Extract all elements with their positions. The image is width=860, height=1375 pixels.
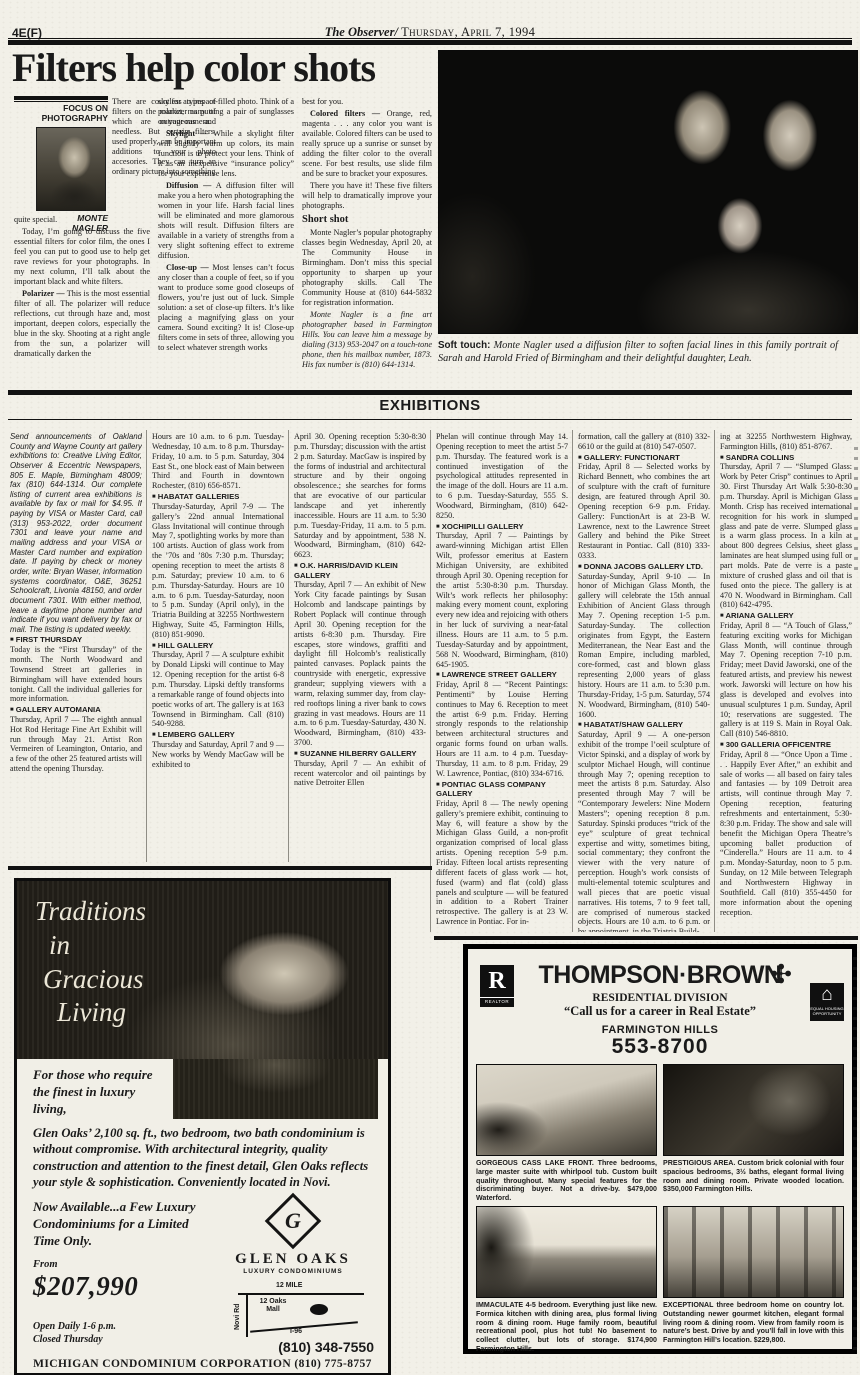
map-mall-label: 12 Oaks Mall bbox=[252, 1298, 294, 1313]
masthead-date: Thursday, April 7, 1994 bbox=[401, 25, 535, 39]
bullet-icon: ■ bbox=[294, 563, 298, 569]
condominium-illustration: Traditions in Gracious Living bbox=[17, 881, 388, 1059]
bullet-icon: ■ bbox=[294, 751, 298, 757]
paragraph: Thursday, April 7 — An exhibit of New Yo… bbox=[294, 580, 426, 748]
thompson-brown-logo-icon: ✣ bbox=[770, 961, 792, 987]
newspaper-page: 4E(F) The Observer/ Thursday, April 7, 1… bbox=[0, 0, 860, 1375]
bullet-icon: ■ bbox=[152, 494, 156, 500]
article-column-1: quite special.Today, I’m going to discus… bbox=[14, 215, 150, 391]
advertiser-name: THOMPSON·BROWN bbox=[520, 961, 800, 990]
paragraph: Skylight — While a skylight filter will … bbox=[158, 129, 294, 179]
column-divider bbox=[714, 430, 715, 932]
condominium-illustration-extension bbox=[173, 1059, 378, 1119]
division-line: RESIDENTIAL DIVISION bbox=[468, 992, 852, 1004]
section-thin-rule bbox=[8, 419, 852, 420]
map-road-label: 12 MILE bbox=[276, 1282, 302, 1289]
paragraph: Thursday, April 7 — The eighth annual Ho… bbox=[10, 715, 142, 774]
ad-title-line: in bbox=[49, 929, 146, 963]
paragraph: There you have it! These five filters wi… bbox=[302, 181, 432, 211]
listing-caption: PRESTIGIOUS AREA. Custom brick colonial … bbox=[663, 1159, 844, 1203]
columnist-box-rule-thin bbox=[14, 101, 108, 102]
column-divider bbox=[572, 430, 573, 932]
paragraph: Saturday-Sunday, April 9-10 — In honor o… bbox=[578, 572, 710, 720]
paragraph: Today, I’m going to discuss the five ess… bbox=[14, 227, 150, 287]
page-edge-marks bbox=[853, 950, 857, 1350]
exhibitions-column-4: Phelan will continue through May 14. Ope… bbox=[436, 432, 568, 932]
office-phone: 553-8700 bbox=[468, 1036, 852, 1058]
equal-housing-icon: ⌂ EQUAL HOUSING OPPORTUNITY bbox=[810, 983, 844, 1021]
map-road-line bbox=[250, 1321, 358, 1332]
exhibition-heading: ■ HABATAT GALLERIES bbox=[152, 492, 284, 502]
map-road-line bbox=[238, 1293, 364, 1295]
article-subhead: Short shot bbox=[302, 214, 432, 227]
logo-monogram: G bbox=[276, 1204, 310, 1238]
section-title: EXHIBITIONS bbox=[0, 397, 860, 414]
listings-grid: GORGEOUS CASS LAKE FRONT. Three bedrooms… bbox=[476, 1064, 844, 1354]
photo-caption-text: Monte Nagler used a diffusion filter to … bbox=[438, 340, 838, 364]
recruiting-tagline: “Call us for a career in Real Estate” bbox=[468, 1004, 852, 1019]
exhibition-heading: ■ PONTIAC GLASS COMPANY GALLERY bbox=[436, 780, 568, 799]
bullet-icon: ■ bbox=[152, 732, 156, 738]
paragraph: Thursday and Saturday, April 7 and 9 — N… bbox=[152, 740, 284, 770]
columnist-headshot-photo bbox=[36, 127, 106, 211]
price-value: $207,990 bbox=[33, 1271, 138, 1302]
paragraph-lead: Colored filters — bbox=[310, 109, 380, 118]
brand-name: GLEN OAKS bbox=[208, 1251, 378, 1268]
paragraph: Friday, April 8 — “Once Upon a Time . . … bbox=[720, 750, 852, 918]
paragraph: Friday, April 8 — The newly opening gall… bbox=[436, 799, 568, 927]
exhibitions-column-3: April 30. Opening reception 5:30-8:30 p.… bbox=[294, 432, 426, 862]
paragraph: best for you. bbox=[302, 97, 432, 107]
listing-photo bbox=[476, 1206, 657, 1298]
listing-caption: GORGEOUS CASS LAKE FRONT. Three bedrooms… bbox=[476, 1159, 657, 1203]
bullet-icon: ■ bbox=[436, 524, 440, 530]
bullet-icon: ■ bbox=[720, 455, 724, 461]
sales-phone: (810) 348-7550 bbox=[278, 1339, 374, 1355]
paragraph: Friday, April 8 — Selected works by Rich… bbox=[578, 462, 710, 561]
paragraph: Thursday, April 7 — Paintings by award-w… bbox=[436, 531, 568, 669]
photo-caption-lead: Soft touch: bbox=[438, 340, 490, 351]
photo-caption: Soft touch: Monte Nagler used a diffusio… bbox=[438, 340, 838, 366]
paragraph: Today is the “First Thursday” of the mon… bbox=[10, 645, 142, 704]
bullet-icon: ■ bbox=[10, 637, 14, 643]
paragraph: Hours are 10 a.m. to 6 p.m. Tuesday-Wedn… bbox=[152, 432, 284, 491]
ad-title-line: Gracious bbox=[43, 963, 146, 997]
exhibition-heading: ■ HILL GALLERY bbox=[152, 641, 284, 651]
kicker-line2: PHOTOGRAPHY bbox=[42, 113, 108, 123]
exhibition-heading: ■ SANDRA COLLINS bbox=[720, 453, 852, 463]
hours-line1: Open Daily 1-6 p.m. bbox=[33, 1321, 116, 1332]
exhibition-heading: ■ FIRST THURSDAY bbox=[10, 635, 142, 645]
italic-paragraph: Send announcements of Oakland County and… bbox=[10, 432, 142, 634]
ad-offer-text: Now Available...a Few Luxury Condominium… bbox=[33, 1199, 205, 1250]
paragraph: sky for an impact-filled photo. Think of… bbox=[158, 97, 294, 127]
exhibition-heading: ■ HABATAT/SHAW GALLERY bbox=[578, 720, 710, 730]
exhibition-heading: ■ DONNA JACOBS GALLERY LTD. bbox=[578, 562, 710, 572]
price-from-label: From bbox=[33, 1259, 58, 1270]
paragraph: Thursday, April 7 — A sculpture exhibit … bbox=[152, 650, 284, 729]
exhibition-heading: ■ XOCHIPILLI GALLERY bbox=[436, 522, 568, 532]
listing-photo bbox=[476, 1064, 657, 1156]
exhibitions-left-end-rule bbox=[8, 866, 432, 870]
exhibition-heading: ■ O.K. HARRIS/DAVID KLEIN GALLERY bbox=[294, 561, 426, 580]
exhibition-heading: ■ LAWRENCE STREET GALLERY bbox=[436, 670, 568, 680]
column-divider bbox=[430, 430, 431, 932]
bullet-icon: ■ bbox=[578, 564, 582, 570]
exhibition-heading: ■ ARIANA GALLERY bbox=[720, 611, 852, 621]
paragraph: Monte Nagler’s popular photography class… bbox=[302, 228, 432, 308]
map-site-marker bbox=[310, 1304, 328, 1315]
equal-housing-text: EQUAL HOUSING OPPORTUNITY bbox=[810, 1007, 844, 1017]
bullet-icon: ■ bbox=[436, 782, 440, 788]
paragraph: Diffusion — A diffusion filter will make… bbox=[158, 181, 294, 261]
glen-oaks-ad: Traditions in Gracious Living For those … bbox=[14, 878, 391, 1375]
ad-body-text: Glen Oaks’ 2,100 sq. ft., two bedroom, t… bbox=[33, 1125, 374, 1190]
map-road-label: Novi Rd bbox=[234, 1304, 241, 1330]
open-hours: Open Daily 1-6 p.m. Closed Thursday bbox=[33, 1321, 116, 1346]
paragraph: Thursday, April 7 — An exhibit of recent… bbox=[294, 759, 426, 789]
bullet-icon: ■ bbox=[720, 613, 724, 619]
map-road-label: I-96 bbox=[290, 1328, 302, 1335]
exhibition-heading: ■ GALLERY AUTOMANIA bbox=[10, 705, 142, 715]
bullet-icon: ■ bbox=[578, 455, 582, 461]
columnist-box: FOCUS ON PHOTOGRAPHY MONTE NAGLER bbox=[14, 96, 108, 233]
paragraph: Friday, April 8 — “Recent Paintings: Pen… bbox=[436, 680, 568, 779]
ad-title-line: Living bbox=[57, 996, 146, 1030]
brand-subtitle: LUXURY CONDOMINIUMS bbox=[208, 1268, 378, 1275]
exhibitions-column-1: Send announcements of Oakland County and… bbox=[10, 432, 142, 862]
map-road-line bbox=[246, 1293, 248, 1337]
glen-oaks-logo-icon: G bbox=[265, 1193, 322, 1250]
equal-housing-house-glyph: ⌂ bbox=[810, 983, 844, 1007]
listing-caption: EXCEPTIONAL three bedroom home on countr… bbox=[663, 1301, 844, 1354]
exhibitions-column-5: formation, call the gallery at (810) 332… bbox=[578, 432, 710, 932]
paragraph: quite special. bbox=[14, 215, 150, 225]
page-edge-marks bbox=[854, 440, 858, 570]
ad-title-line: Traditions bbox=[35, 895, 146, 929]
paragraph-lead: Skylight — bbox=[166, 129, 208, 138]
paragraph-lead: Polarizer — bbox=[22, 289, 65, 298]
article-column-3: best for you.Colored filters — Orange, r… bbox=[302, 97, 432, 393]
exhibition-heading: ■ LEMBERG GALLERY bbox=[152, 730, 284, 740]
exhibition-heading: ■ SUZANNE HILBERRY GALLERY bbox=[294, 749, 426, 759]
article-column-2: sky for an impact-filled photo. Think of… bbox=[158, 97, 294, 393]
listing-photo bbox=[663, 1206, 844, 1298]
paragraph: Close-up — Most lenses can’t focus any c… bbox=[158, 263, 294, 353]
realtor-r: R bbox=[480, 965, 514, 997]
listing-photo bbox=[663, 1064, 844, 1156]
column-divider bbox=[146, 430, 147, 862]
paragraph: formation, call the gallery at (810) 332… bbox=[578, 432, 710, 452]
realtor-logo: R REALTOR bbox=[480, 965, 514, 1007]
hours-line2: Closed Thursday bbox=[33, 1334, 103, 1345]
paragraph: Phelan will continue through May 14. Ope… bbox=[436, 432, 568, 521]
header-thin-rule bbox=[8, 38, 852, 39]
ad-display-title: Traditions in Gracious Living bbox=[35, 895, 146, 1030]
kicker-line1: FOCUS ON bbox=[63, 103, 108, 113]
thompson-brown-ad: R REALTOR ✣ ⌂ EQUAL HOUSING OPPORTUNITY … bbox=[463, 944, 857, 1354]
italic-paragraph: Monte Nagler is a fine art photographer … bbox=[302, 310, 432, 370]
paragraph: Thursday-Saturday, April 7-9 — The galle… bbox=[152, 502, 284, 640]
location-map: 12 MILE Novi Rd 12 Oaks Mall I-96 bbox=[218, 1280, 368, 1342]
article-headline: Filters help color shots bbox=[12, 44, 375, 91]
paragraph-lead: Close-up — bbox=[166, 263, 209, 272]
columnist-box-rule bbox=[14, 96, 108, 100]
exhibition-heading: ■ 300 GALLERIA OFFICENTRE bbox=[720, 740, 852, 750]
listing-caption: IMMACULATE 4-5 bedroom. Everything just … bbox=[476, 1301, 657, 1354]
paragraph: ing at 32255 Northwestern Highway, Farmi… bbox=[720, 432, 852, 452]
exhibitions-column-6: ing at 32255 Northwestern Highway, Farmi… bbox=[720, 432, 852, 932]
realtor-word: REALTOR bbox=[480, 997, 514, 1004]
paragraph: April 30. Opening reception 5:30-8:30 p.… bbox=[294, 432, 426, 560]
column-divider bbox=[288, 430, 289, 862]
ad-footer: MICHIGAN CONDOMINIUM CORPORATION (810) 7… bbox=[17, 1358, 388, 1370]
exhibitions-column-2: Hours are 10 a.m. to 6 p.m. Tuesday-Wedn… bbox=[152, 432, 284, 862]
paragraph: Friday, April 8 — “A Touch of Glass,” fe… bbox=[720, 621, 852, 739]
exhibitions-right-end-rule bbox=[434, 936, 858, 940]
bullet-icon: ■ bbox=[720, 742, 724, 748]
column-kicker: FOCUS ON PHOTOGRAPHY bbox=[14, 104, 108, 124]
family-portrait-photo bbox=[438, 50, 858, 334]
bullet-icon: ■ bbox=[436, 672, 440, 678]
bullet-icon: ■ bbox=[152, 643, 156, 649]
section-thick-rule bbox=[8, 390, 852, 395]
paragraph-lead: Diffusion — bbox=[166, 181, 211, 190]
masthead-title: The Observer/ bbox=[325, 25, 398, 39]
glen-oaks-brand-block: G GLEN OAKS LUXURY CONDOMINIUMS 12 MILE … bbox=[208, 1195, 378, 1342]
paragraph: Thursday, April 7 — “Slumped Glass: Work… bbox=[720, 462, 852, 610]
ad-body-intro: For those who require the finest in luxu… bbox=[33, 1067, 168, 1118]
bullet-icon: ■ bbox=[10, 707, 14, 713]
paragraph: Saturday, April 9 — A one-person exhibit… bbox=[578, 730, 710, 932]
bullet-icon: ■ bbox=[578, 722, 582, 728]
paragraph: Colored filters — Orange, red, magenta .… bbox=[302, 109, 432, 179]
exhibition-heading: ■ GALLERY: FUNCTIONART bbox=[578, 453, 710, 463]
paragraph: Polarizer — This is the most essential f… bbox=[14, 289, 150, 359]
